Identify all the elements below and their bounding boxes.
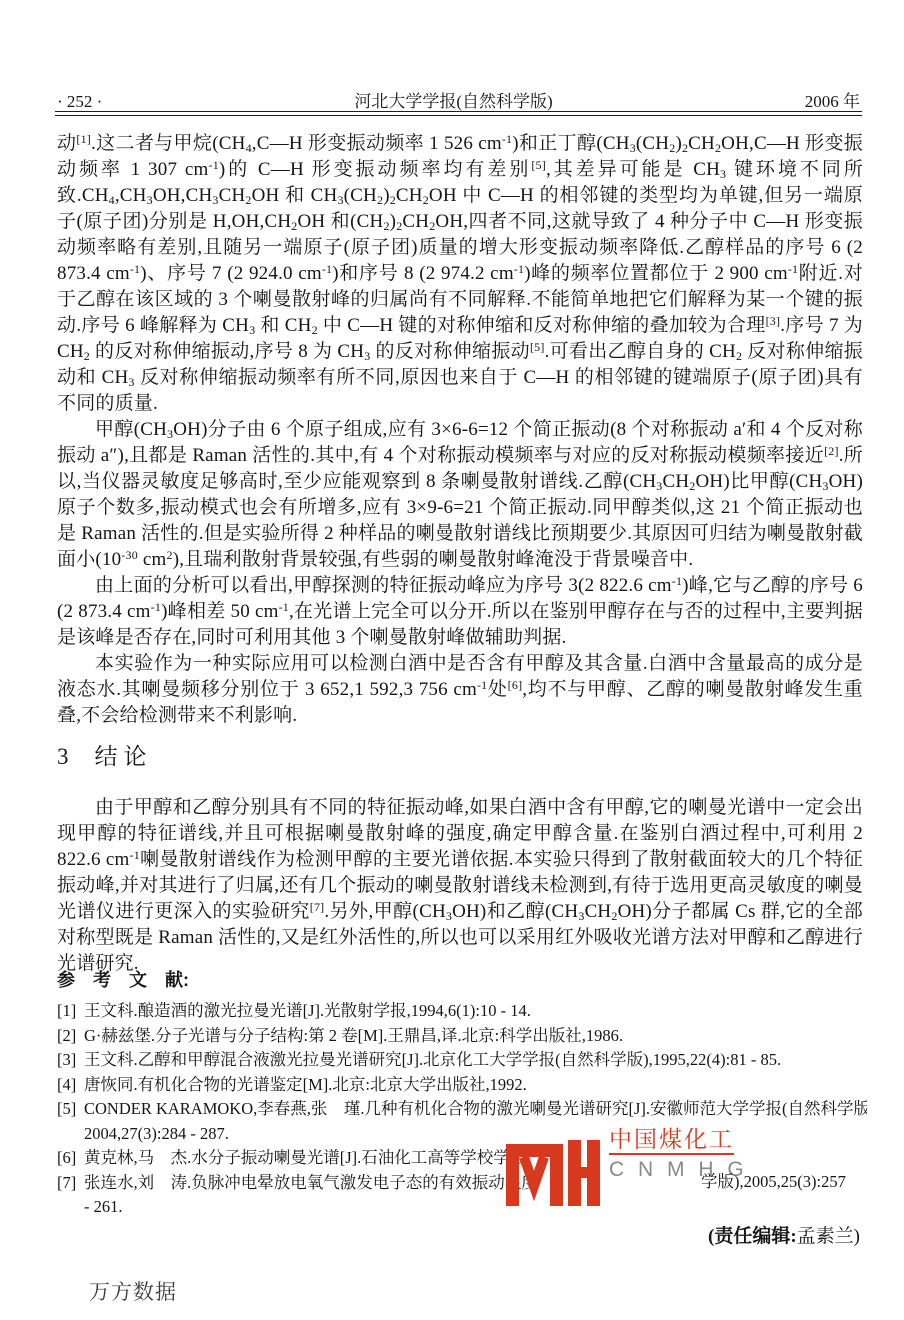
text-run: 甲醇(CH bbox=[95, 419, 167, 440]
text-run: ),且瑞利散射背景较强,有些弱的喇曼散射峰淹没于背景噪音中. bbox=[173, 549, 694, 570]
text-run: cm bbox=[138, 549, 167, 570]
text-run: OH 和 CH bbox=[252, 185, 338, 206]
text-run: 由上面的分析可以看出,甲醇探测的特征振动峰应为序号 3(2 822.6 cm bbox=[95, 575, 672, 596]
paragraph: 动[1].这二者与甲烷(CH4,C—H 形变振动频率 1 526 cm-1)和正… bbox=[57, 131, 863, 417]
editor-name: 孟素兰) bbox=[797, 1226, 860, 1247]
text-run: 反对称伸缩振动频率有所不同,原因也来自于 C—H 的相邻键的键端原子(原子团)具… bbox=[57, 367, 863, 414]
reference-text: 黄克林,马 杰.水分子振动喇曼光谱[J].石油化工高等学校学报 bbox=[84, 1148, 526, 1167]
reference-text: 唐恢同.有机化合物的光谱鉴定[M].北京:北京大学出版社,1992. bbox=[84, 1075, 527, 1094]
article-body-conclusion: 由于甲醇和乙醇分别具有不同的特征振动峰,如果白酒中含有甲醇,它的喇曼光谱中一定会… bbox=[57, 795, 863, 977]
text-run: 中 C—H 键的对称伸缩和反对称伸缩的叠加较为合理 bbox=[318, 315, 766, 336]
reference-number: [6] bbox=[57, 1146, 84, 1171]
cnmhg-logo-icon bbox=[506, 1134, 600, 1206]
section-heading-conclusion: 3结论 bbox=[57, 744, 153, 770]
reference-number: [7] bbox=[57, 1171, 84, 1196]
superscript: -1 bbox=[209, 158, 219, 172]
text-run: CH bbox=[402, 211, 429, 232]
superscript: -1 bbox=[279, 600, 289, 614]
reference-item: [4]唐恢同.有机化合物的光谱鉴定[M].北京:北京大学出版社,1992. bbox=[57, 1073, 867, 1098]
superscript: [5] bbox=[530, 340, 545, 354]
superscript: [2] bbox=[824, 444, 839, 458]
text-run: (CH bbox=[636, 133, 669, 154]
text-run: OH,CH bbox=[153, 185, 213, 206]
references-heading: 参 考 文 献: bbox=[57, 966, 189, 992]
text-run: .这二者与甲烷(CH bbox=[91, 133, 246, 154]
text-run: 动 bbox=[57, 133, 76, 154]
reference-text: 张连水,刘 涛.负脉冲电晕放电氧气激发电子态的有效振动温度 bbox=[84, 1173, 538, 1192]
text-run: CH bbox=[219, 185, 246, 206]
superscript: -1 bbox=[130, 262, 140, 276]
paragraph: 由上面的分析可以看出,甲醇探测的特征振动峰应为序号 3(2 822.6 cm-1… bbox=[57, 573, 863, 651]
text-run: OH)和乙醇(CH bbox=[452, 901, 578, 922]
watermark-title: 中国煤化工 bbox=[609, 1126, 734, 1155]
text-run: OH 和(CH bbox=[297, 211, 383, 232]
text-run: )的 C—H 形变振动频率均有差别 bbox=[219, 159, 531, 180]
superscript: [6] bbox=[508, 678, 523, 692]
reference-item: [2]G·赫兹堡.分子光谱与分子结构:第 2 卷[M].王鼎昌,译.北京:科学出… bbox=[57, 1024, 867, 1049]
reference-text: G·赫兹堡.分子光谱与分子结构:第 2 卷[M].王鼎昌,译.北京:科学出版社,… bbox=[84, 1026, 623, 1045]
reference-7-tail: 学版),2005,25(3):257 bbox=[701, 1170, 846, 1195]
reference-line: [2]G·赫兹堡.分子光谱与分子结构:第 2 卷[M].王鼎昌,译.北京:科学出… bbox=[57, 1024, 867, 1049]
superscript: -1 bbox=[130, 848, 140, 862]
section-title: 结论 bbox=[95, 744, 153, 769]
reference-item: [1]王文科.酿造酒的激光拉曼光谱[J].光散射学报,1994,6(1):10 … bbox=[57, 999, 867, 1024]
superscript: [3] bbox=[766, 314, 781, 328]
text-run: .另外,甲醇(CH bbox=[324, 901, 446, 922]
reference-line: [1]王文科.酿造酒的激光拉曼光谱[J].光散射学报,1994,6(1):10 … bbox=[57, 999, 867, 1024]
text-run: 的反对称伸缩振动 bbox=[370, 341, 530, 362]
superscript: -1 bbox=[477, 678, 487, 692]
text-run: )、序号 7 (2 924.0 cm bbox=[140, 263, 322, 284]
page-number: · 252 · bbox=[57, 92, 102, 112]
page-header: · 252 · 河北大学学报(自然科学版) 2006 年 bbox=[57, 87, 860, 112]
reference-text: CONDER KARAMOKO,李春燕,张 瑾.几种有机化合物的激光喇曼光谱研究… bbox=[84, 1099, 867, 1118]
superscript: [1] bbox=[76, 132, 91, 146]
editor-note: (责任编辑:孟素兰) bbox=[708, 1221, 860, 1248]
reference-number: [4] bbox=[57, 1073, 84, 1098]
reference-text: 王文科.乙醇和甲醇混合液激光拉曼光谱研究[J].北京化工大学学报(自然科学版),… bbox=[84, 1050, 781, 1069]
article-body-main: 动[1].这二者与甲烷(CH4,C—H 形变振动频率 1 526 cm-1)和正… bbox=[57, 131, 863, 729]
text-run: ,其差异可能是 CH bbox=[546, 159, 720, 180]
text-run: CH bbox=[585, 901, 612, 922]
paragraph: 甲醇(CH3OH)分子由 6 个原子组成,应有 3×6-6=12 个简正振动(8… bbox=[57, 417, 863, 573]
paragraph: 由于甲醇和乙醇分别具有不同的特征振动峰,如果白酒中含有甲醇,它的喇曼光谱中一定会… bbox=[57, 795, 863, 977]
text-run: )和序号 8 (2 974.2 cm bbox=[332, 263, 514, 284]
text-run: (CH bbox=[344, 185, 377, 206]
superscript: -1 bbox=[322, 262, 332, 276]
superscript: -1 bbox=[672, 574, 682, 588]
reference-number: [5] bbox=[57, 1097, 84, 1122]
text-run: CH bbox=[396, 185, 423, 206]
text-run: )峰相差 50 cm bbox=[161, 601, 279, 622]
superscript: -1 bbox=[502, 132, 512, 146]
reference-item: [3]王文科.乙醇和甲醇混合液激光拉曼光谱研究[J].北京化工大学学报(自然科学… bbox=[57, 1048, 867, 1073]
paragraph: 本实验作为一种实际应用可以检测白酒中是否含有甲醇及其含量.白酒中含量最高的成分是… bbox=[57, 651, 863, 729]
publication-year: 2006 年 bbox=[805, 87, 860, 112]
text-run: )峰的频率位置都位于 2 900 cm bbox=[524, 263, 788, 284]
superscript: -30 bbox=[121, 548, 138, 562]
reference-line: [3]王文科.乙醇和甲醇混合液激光拉曼光谱研究[J].北京化工大学学报(自然科学… bbox=[57, 1048, 867, 1073]
reference-text: 王文科.酿造酒的激光拉曼光谱[J].光散射学报,1994,6(1):10 - 1… bbox=[84, 1001, 531, 1020]
superscript: -1 bbox=[788, 262, 798, 276]
superscript: [7] bbox=[310, 900, 325, 914]
text-run: .可看出乙醇自身的 CH bbox=[545, 341, 736, 362]
reference-number: [3] bbox=[57, 1048, 84, 1073]
section-number: 3 bbox=[57, 744, 69, 770]
superscript: -1 bbox=[151, 600, 161, 614]
superscript: -1 bbox=[514, 262, 524, 276]
journal-title: 河北大学学报(自然科学版) bbox=[354, 87, 552, 112]
text-run: CH bbox=[662, 471, 689, 492]
reference-line: [5]CONDER KARAMOKO,李春燕,张 瑾.几种有机化合物的激光喇曼光… bbox=[57, 1097, 867, 1122]
wanfang-data-watermark: 万方数据 bbox=[89, 1276, 177, 1306]
text-run: CH bbox=[688, 133, 715, 154]
text-run: )和正丁醇(CH bbox=[512, 133, 629, 154]
text-run: 处 bbox=[487, 679, 507, 700]
text-run: 和 CH bbox=[255, 315, 311, 336]
superscript: [5] bbox=[531, 158, 546, 172]
reference-number: [1] bbox=[57, 999, 84, 1024]
text-run: ,C—H 形变振动频率 1 526 cm bbox=[252, 133, 502, 154]
header-double-rule bbox=[55, 111, 862, 116]
editor-note-label: (责任编辑: bbox=[708, 1226, 797, 1247]
text-run: ,CH bbox=[115, 185, 147, 206]
text-run: OH)分子由 6 个原子组成,应有 3×6-6=12 个简正振动(8 个对称振动… bbox=[57, 419, 863, 466]
reference-number: [2] bbox=[57, 1024, 84, 1049]
text-run: 的反对称伸缩振动,序号 8 为 CH bbox=[90, 341, 364, 362]
journal-page: · 252 · 河北大学学报(自然科学版) 2006 年 动[1].这二者与甲烷… bbox=[0, 0, 904, 1320]
text-run: OH)比甲醇(CH bbox=[695, 471, 822, 492]
reference-line: [4]唐恢同.有机化合物的光谱鉴定[M].北京:北京大学出版社,1992. bbox=[57, 1073, 867, 1098]
